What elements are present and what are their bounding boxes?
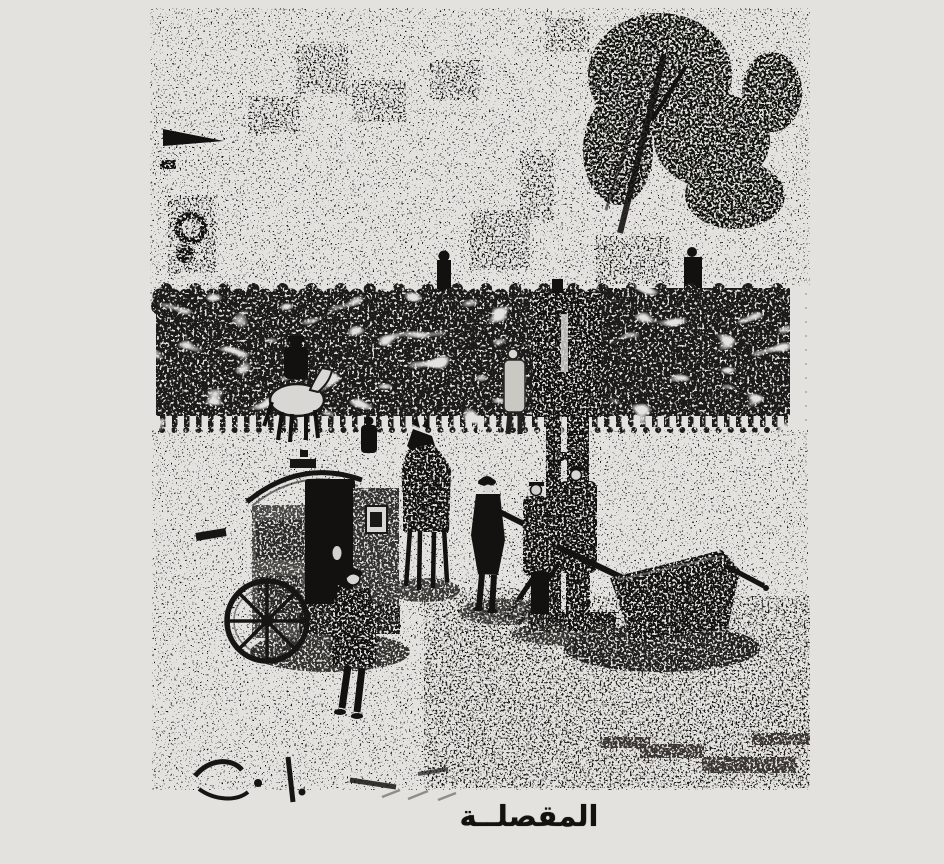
blade-slot <box>561 314 568 372</box>
left-margin-marks <box>150 112 278 307</box>
executioner-face <box>571 470 582 481</box>
assistant-face <box>531 485 542 496</box>
photo-guillotine-scene <box>0 0 944 864</box>
wheel-hub <box>261 615 273 627</box>
van-shaft <box>196 532 226 537</box>
spectator-crowd <box>156 288 790 430</box>
roof-ventilator <box>290 459 316 468</box>
carriage-wheel <box>227 581 307 661</box>
bowler-official-face <box>484 485 493 494</box>
scanned-page: المقصلــة <box>0 0 944 864</box>
door-keyhole <box>333 546 342 560</box>
photo-caption: المقصلــة <box>460 801 599 833</box>
